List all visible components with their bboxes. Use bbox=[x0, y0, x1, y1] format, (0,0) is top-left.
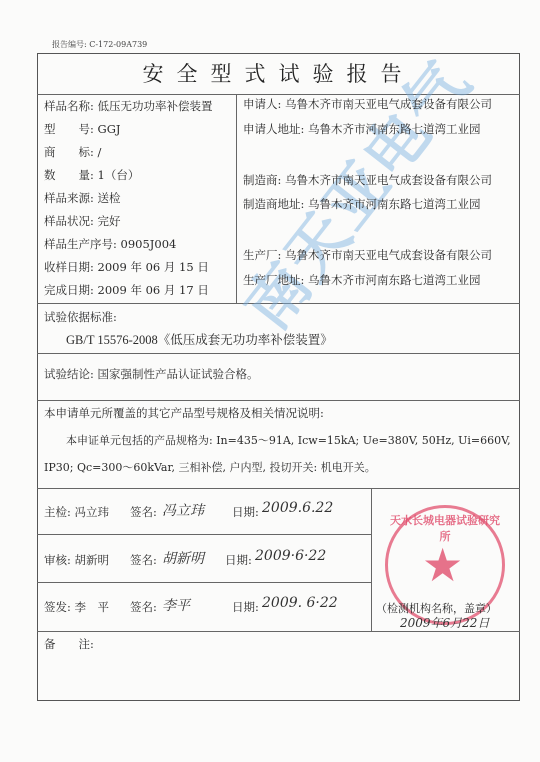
inspector-name: 主检: 冯立玮 bbox=[44, 504, 109, 520]
divider bbox=[37, 582, 371, 583]
reviewer-sign-label: 签名: bbox=[130, 552, 157, 568]
star-icon: ★ bbox=[422, 542, 463, 588]
sample-condition: 样品状况: 完好 bbox=[44, 213, 121, 229]
divider bbox=[37, 631, 520, 632]
inspector-signature: 冯立玮 bbox=[162, 500, 204, 520]
divider bbox=[236, 94, 237, 303]
reviewer-date: 2009·6·22 bbox=[255, 548, 326, 564]
issuer-name: 签发: 李 平 bbox=[44, 599, 109, 615]
test-conclusion: 试验结论: 国家强制性产品认证试验合格。 bbox=[44, 366, 259, 382]
received-date: 收样日期: 2009 年 06 月 15 日 bbox=[44, 259, 209, 275]
sample-name: 样品名称: 低压无功功率补偿装置 bbox=[44, 98, 213, 114]
divider bbox=[37, 303, 520, 304]
divider bbox=[37, 353, 520, 354]
issuer-signature: 李平 bbox=[162, 595, 190, 615]
divider bbox=[37, 488, 520, 489]
divider bbox=[37, 400, 520, 401]
coverage-label: 本申请单元所覆盖的其它产品型号规格及相关情况说明: bbox=[44, 405, 324, 421]
sample-quantity: 数 量: 1（台） bbox=[44, 167, 139, 183]
issuer-sign-label: 签名: bbox=[130, 599, 157, 615]
page-title: 安全型式试验报告 bbox=[37, 58, 520, 88]
inspector-date: 2009.6.22 bbox=[262, 500, 333, 516]
coverage-line-2: IP30; Qc=300～60kVar, 三相补偿, 户内型, 投切开关: 机电… bbox=[44, 459, 376, 475]
applicant: 申请人: 乌鲁木齐市南天亚电气成套设备有限公司 bbox=[243, 96, 492, 112]
sample-serial: 样品生产序号: 0905J004 bbox=[44, 236, 176, 252]
factory-address: 生产厂地址: 乌鲁木齐市河南东路七道湾工业园 bbox=[243, 272, 481, 288]
reviewer-signature: 胡新明 bbox=[162, 548, 204, 568]
issuer-date-label: 日期: bbox=[232, 599, 259, 615]
inspector-sign-label: 签名: bbox=[130, 504, 157, 520]
standard-label: 试验依据标准: bbox=[44, 309, 117, 325]
sample-trademark: 商 标: / bbox=[44, 144, 101, 160]
issuer-date: 2009. 6·22 bbox=[262, 595, 338, 611]
reviewer-date-label: 日期: bbox=[225, 552, 252, 568]
coverage-line-1: 本申证单元包括的产品规格为: In=435～91A, Icw=15kA; Ue=… bbox=[66, 432, 511, 448]
applicant-address: 申请人地址: 乌鲁木齐市河南东路七道湾工业园 bbox=[243, 121, 481, 137]
completed-date: 完成日期: 2009 年 06 月 17 日 bbox=[44, 282, 209, 298]
factory: 生产厂: 乌鲁木齐市南天亚电气成套设备有限公司 bbox=[243, 247, 492, 263]
divider bbox=[371, 488, 372, 631]
reviewer-name: 审核: 胡新明 bbox=[44, 552, 109, 568]
manufacturer: 制造商: 乌鲁木齐市南天亚电气成套设备有限公司 bbox=[243, 172, 492, 188]
report-number: 报告编号: C-172-09A739 bbox=[52, 39, 147, 50]
standard-value: GB/T 15576-2008《低压成套无功功率补偿装置》 bbox=[66, 330, 333, 348]
sample-source: 样品来源: 送检 bbox=[44, 190, 121, 206]
divider bbox=[37, 534, 371, 535]
inspector-date-label: 日期: bbox=[232, 504, 259, 520]
divider bbox=[37, 94, 520, 95]
notes-label: 备 注: bbox=[44, 636, 94, 652]
stamp-date: 2009年6月22日 bbox=[400, 614, 489, 631]
manufacturer-address: 制造商地址: 乌鲁木齐市河南东路七道湾工业园 bbox=[243, 196, 481, 212]
sample-model: 型 号: GGJ bbox=[44, 121, 121, 137]
